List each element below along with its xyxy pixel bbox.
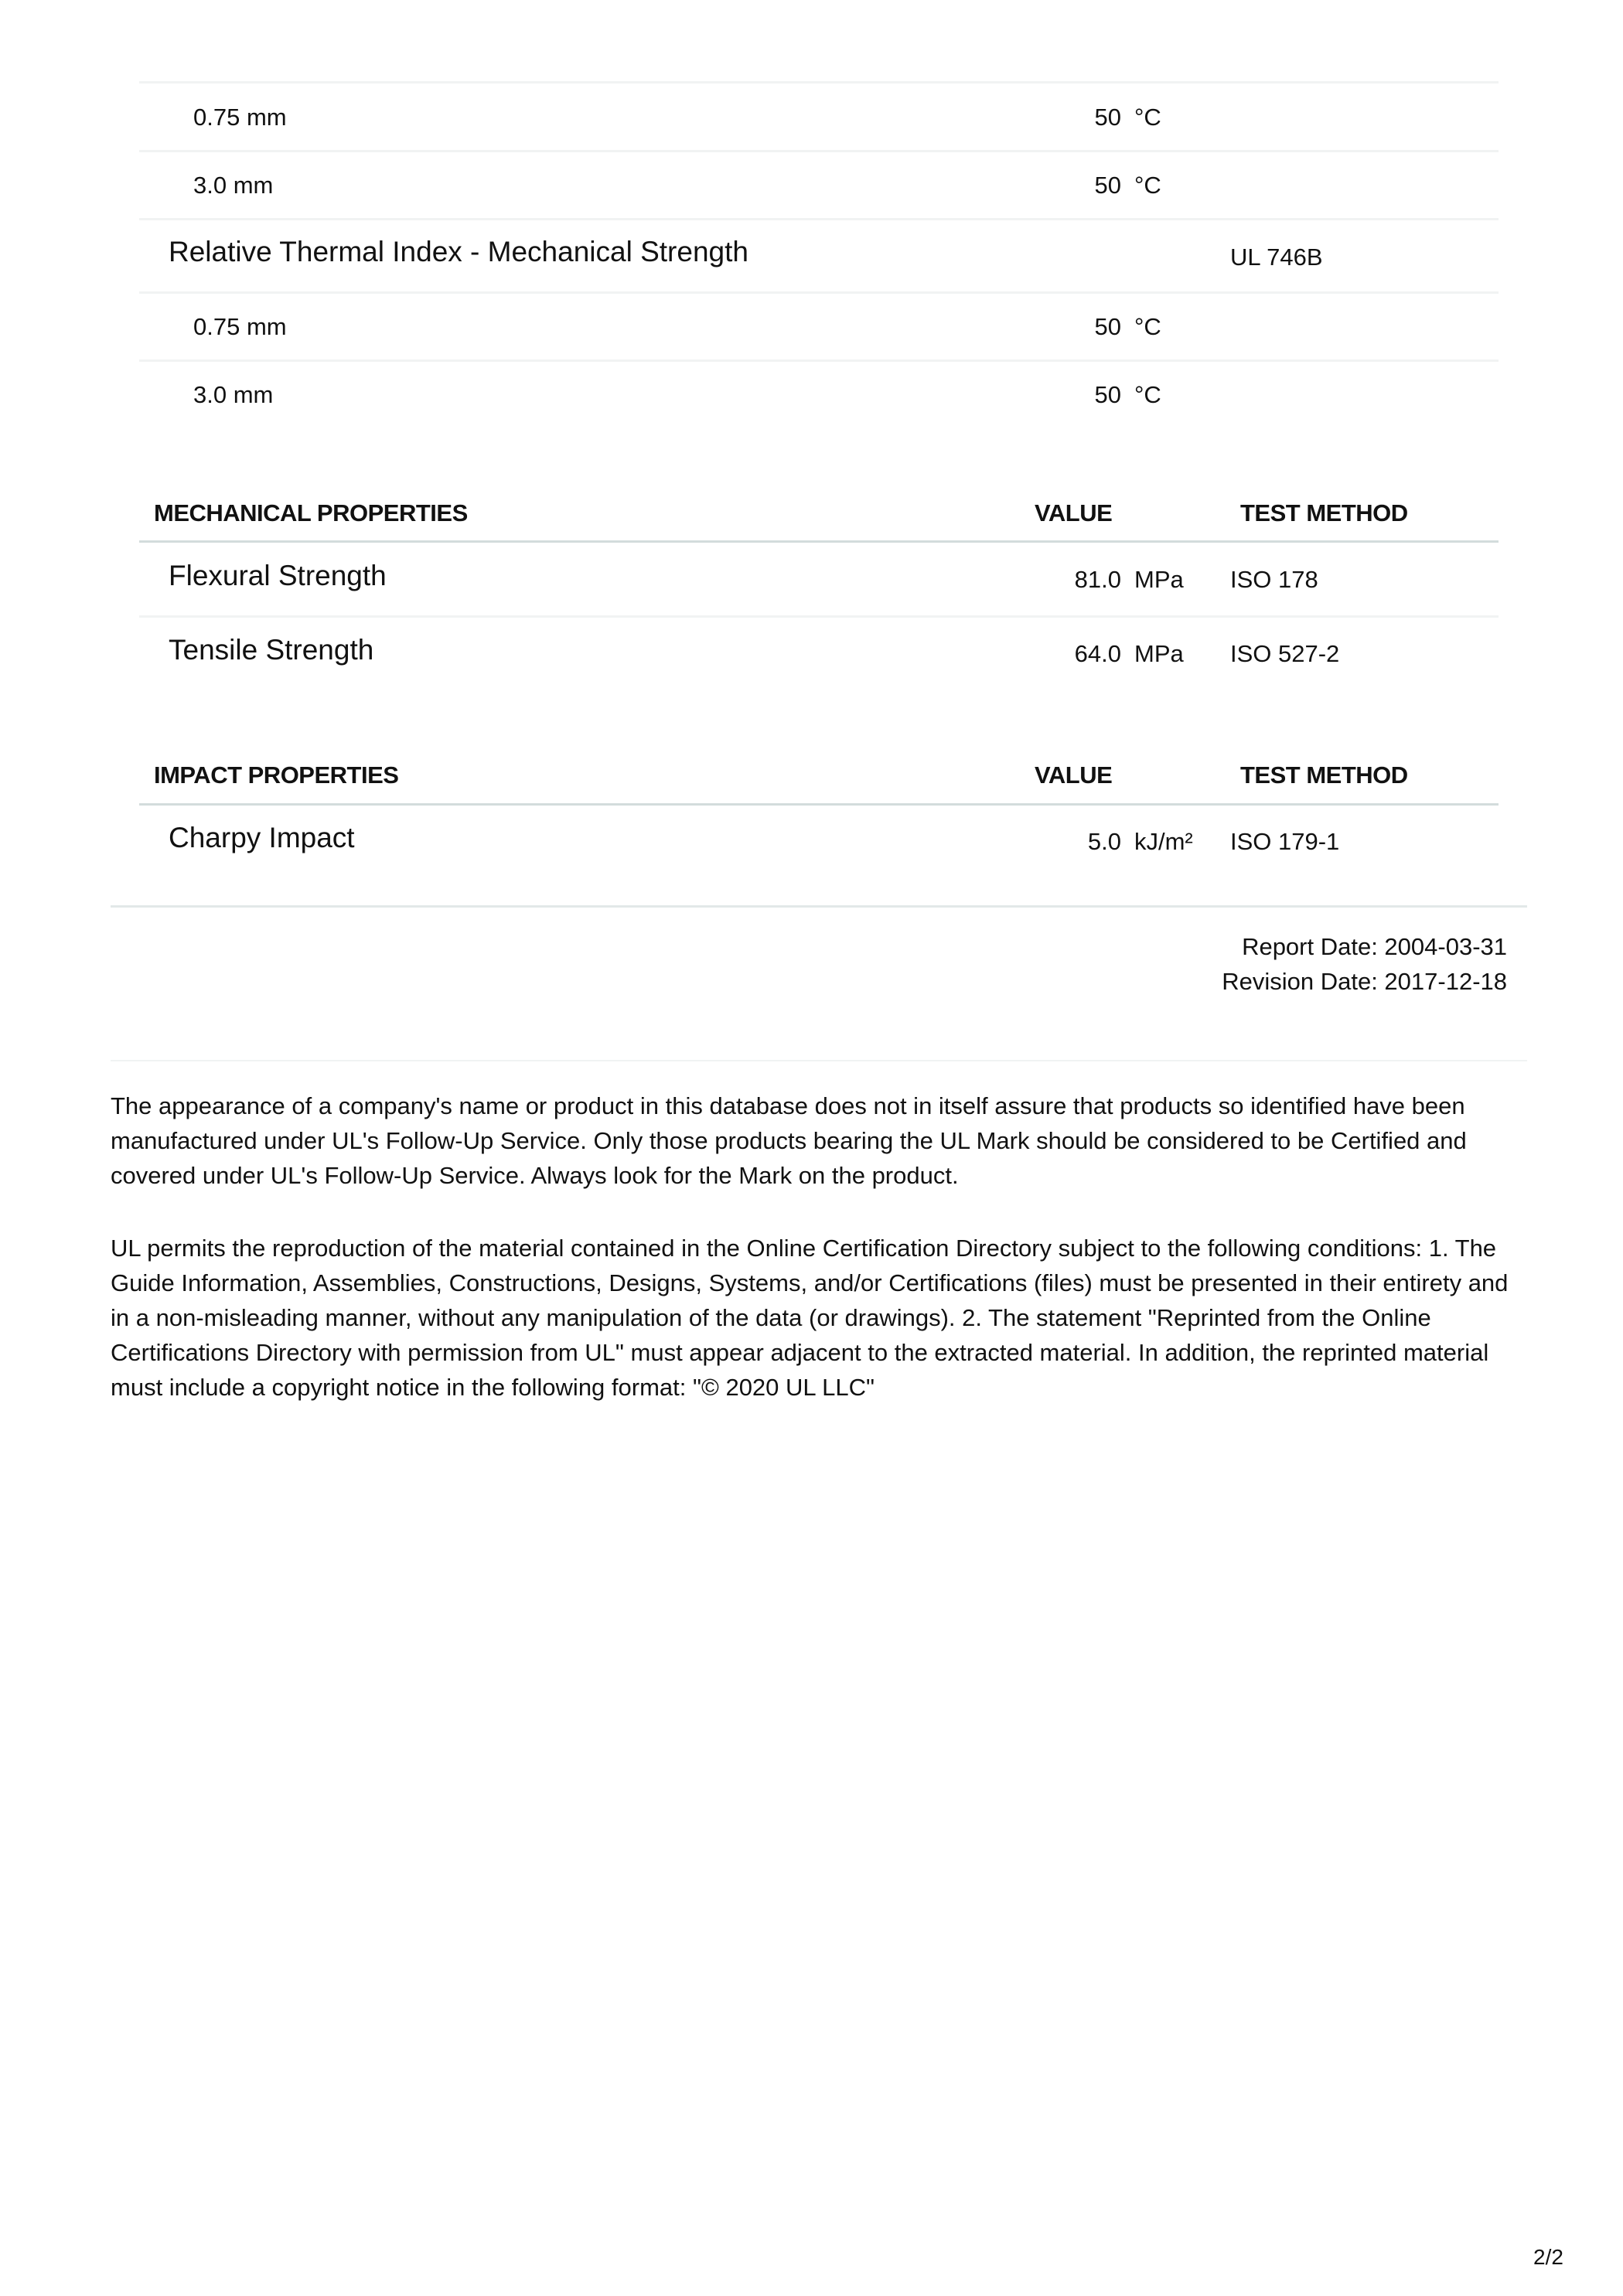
property-unit: MPa [1134,566,1184,594]
section-title-mechanical: MECHANICAL PROPERTIES [154,499,468,527]
property-value: 5.0 [1028,828,1121,856]
row-divider [139,615,1499,618]
thermal-unit: °C [1134,104,1161,131]
reproduction-terms-paragraph: UL permits the reproduction of the mater… [111,1231,1518,1405]
value-column-header: VALUE [1035,499,1112,527]
thermal-value: 50 [1028,104,1121,131]
thickness-label: 3.0 mm [193,172,273,199]
header-divider [139,803,1499,806]
property-heading: Relative Thermal Index - Mechanical Stre… [169,236,748,268]
thermal-value: 50 [1028,313,1121,341]
test-method: ISO 527-2 [1230,640,1339,668]
property-value: 81.0 [1028,566,1121,594]
section-divider [111,1060,1527,1061]
property-unit: kJ/m² [1134,828,1193,856]
property-name: Charpy Impact [169,822,355,854]
property-name: Tensile Strength [169,634,373,666]
property-value: 64.0 [1028,640,1121,668]
report-date: Report Date: 2004-03-31 [1242,933,1507,961]
thermal-unit: °C [1134,313,1161,341]
header-divider [139,540,1499,543]
row-divider [139,218,1499,220]
thickness-label: 3.0 mm [193,381,273,409]
thickness-label: 0.75 mm [193,104,287,131]
test-method: UL 746B [1230,244,1323,271]
section-divider [111,905,1527,908]
row-divider [139,150,1499,152]
row-divider [139,359,1499,362]
row-divider [139,291,1499,294]
value-column-header: VALUE [1035,761,1112,789]
test-method: ISO 179-1 [1230,828,1339,856]
page-number: 2/2 [1533,2245,1563,2270]
thermal-value: 50 [1028,381,1121,409]
row-divider [139,81,1499,83]
revision-date: Revision Date: 2017-12-18 [1222,968,1507,996]
property-name: Flexural Strength [169,560,387,592]
thermal-unit: °C [1134,172,1161,199]
test-method-column-header: TEST METHOD [1240,499,1408,527]
test-method-column-header: TEST METHOD [1240,761,1408,789]
test-method: ISO 178 [1230,566,1318,594]
thermal-unit: °C [1134,381,1161,409]
property-unit: MPa [1134,640,1184,668]
thickness-label: 0.75 mm [193,313,287,341]
section-title-impact: IMPACT PROPERTIES [154,761,398,789]
thermal-value: 50 [1028,172,1121,199]
disclaimer-paragraph: The appearance of a company's name or pr… [111,1088,1518,1193]
